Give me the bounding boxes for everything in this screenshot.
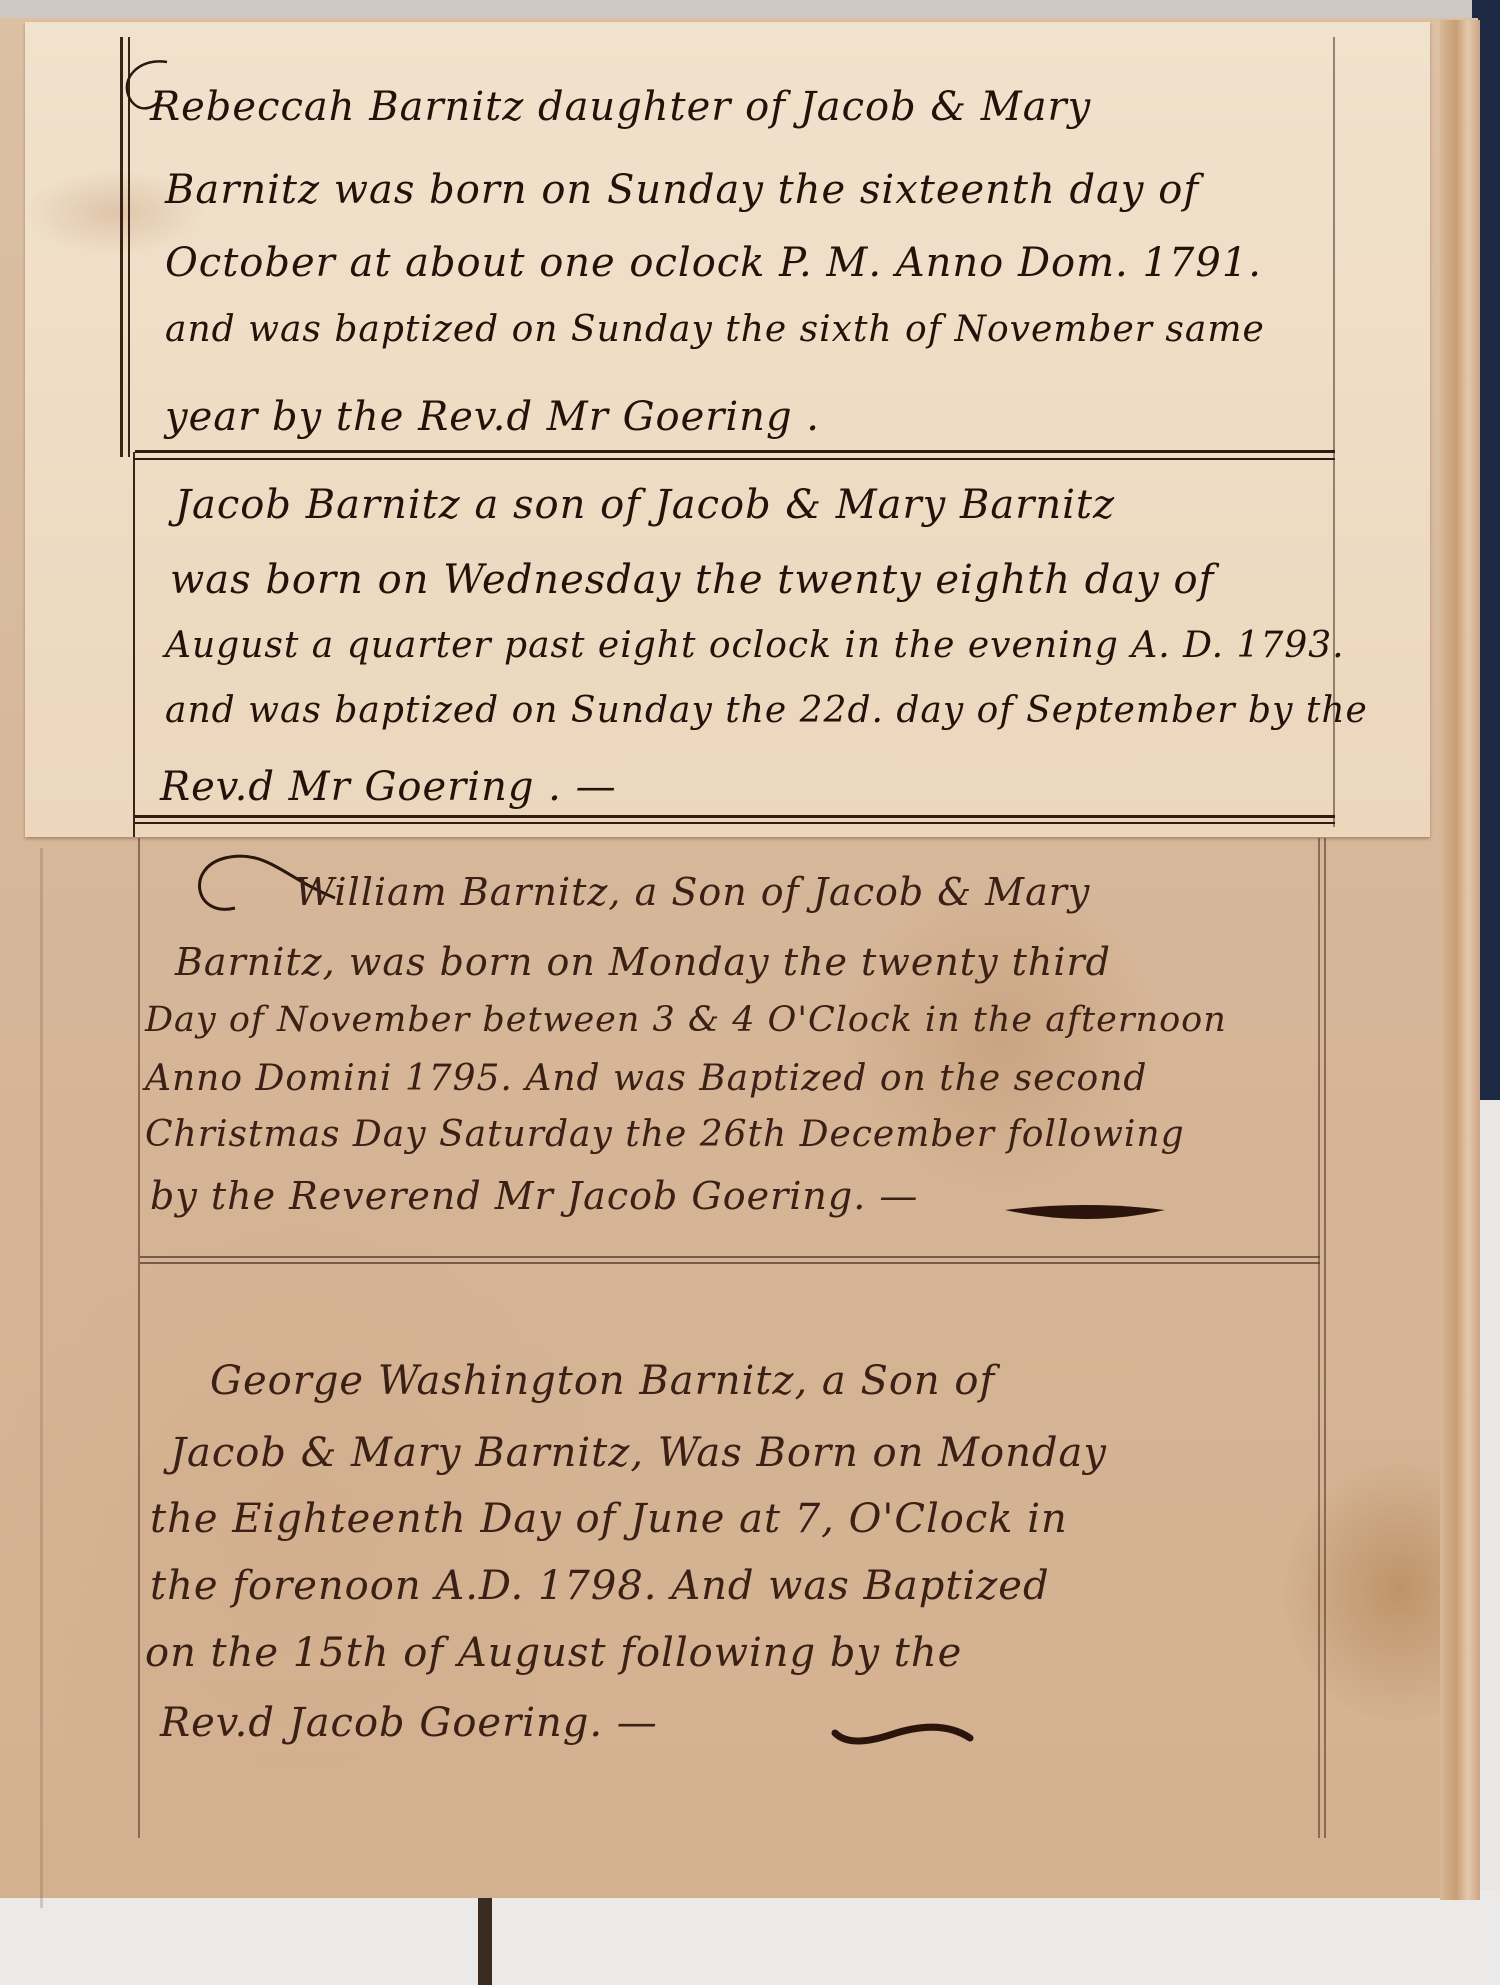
pasted-slip: Rebeccah Barnitz daughter of Jacob & Mar…	[25, 22, 1430, 837]
entry-line: year by the Rev.d Mr Goering .	[165, 394, 820, 440]
entry-line: on the 15th of August following by the	[145, 1630, 962, 1676]
entry-divider	[140, 1256, 1320, 1258]
entry-line: Barnitz was born on Sunday the sixteenth…	[165, 167, 1199, 213]
entry-line: Barnitz, was born on Monday the twenty t…	[175, 940, 1111, 984]
entry-divider-2	[140, 1262, 1320, 1264]
right-margin-rule	[1318, 838, 1320, 1838]
entry-line: Anno Domini 1795. And was Baptized on th…	[145, 1058, 1147, 1099]
left-margin-rule	[138, 838, 140, 1838]
entry-line: October at about one oclock P. M. Anno D…	[165, 240, 1262, 286]
slip-bottom-rule	[135, 815, 1335, 818]
entry-line: August a quarter past eight oclock in th…	[165, 625, 1345, 666]
entry-line: William Barnitz, a Son of Jacob & Mary	[295, 870, 1090, 914]
ink-flourish	[1000, 1198, 1170, 1228]
entry-line: Rebeccah Barnitz daughter of Jacob & Mar…	[150, 84, 1091, 130]
entry-line: Rev.d Mr Goering . —	[160, 764, 617, 810]
entry-line: Rev.d Jacob Goering. —	[160, 1700, 658, 1746]
book-edge	[1440, 20, 1480, 1900]
right-margin-rule-2	[1324, 838, 1326, 1838]
entry-line: and was baptized on Sunday the 22d. day …	[165, 690, 1368, 731]
entry-line: by the Reverend Mr Jacob Goering. —	[150, 1174, 918, 1218]
entry-line: was born on Wednesday the twenty eighth …	[170, 557, 1214, 603]
entry-line: Jacob Barnitz a son of Jacob & Mary Barn…	[175, 482, 1115, 528]
entry-line: Day of November between 3 & 4 O'Clock in…	[145, 1000, 1227, 1040]
entry-line: the Eighteenth Day of June at 7, O'Clock…	[150, 1496, 1068, 1542]
entry-line: George Washington Barnitz, a Son of	[210, 1358, 995, 1404]
ink-flourish	[830, 1713, 980, 1763]
surface-seam	[478, 1885, 492, 1985]
entry-line: the forenoon A.D. 1798. And was Baptized	[150, 1563, 1050, 1609]
slip-divider	[135, 450, 1335, 453]
page-fold	[40, 848, 43, 1908]
entry-line: Christmas Day Saturday the 26th December…	[145, 1114, 1185, 1155]
entry-line: and was baptized on Sunday the sixth of …	[165, 309, 1265, 350]
entry-line: Jacob & Mary Barnitz, Was Born on Monday	[170, 1430, 1107, 1476]
slip-divider-2	[135, 458, 1335, 460]
slip-left-rule-3	[133, 452, 135, 837]
background-surface	[0, 1890, 1500, 1985]
slip-bottom-rule-2	[135, 822, 1335, 824]
